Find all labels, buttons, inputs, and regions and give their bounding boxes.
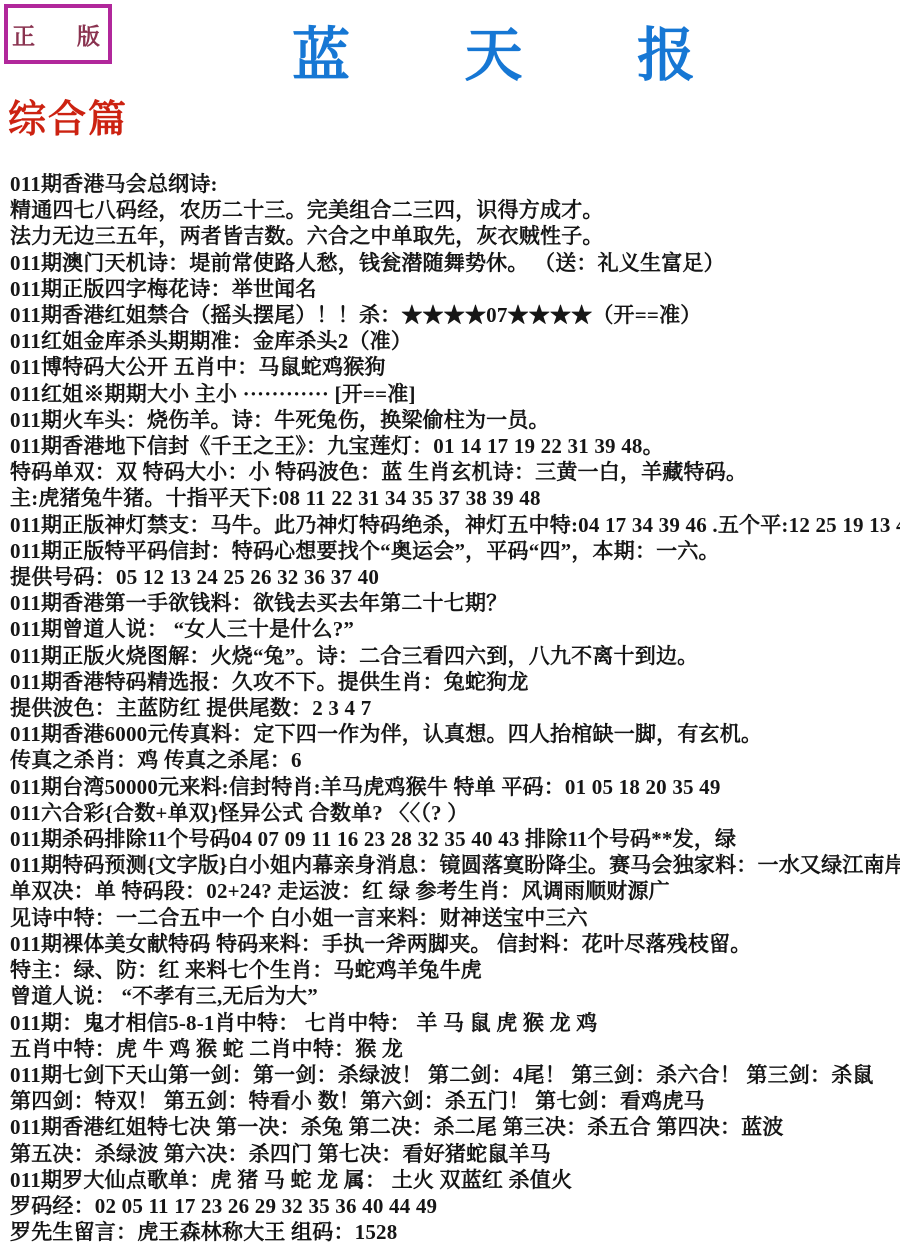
text-line: 011期香港马会总纲诗: (10, 171, 900, 197)
text-line: 011期罗大仙点歌单：虎 猪 马 蛇 龙 属： 土火 双蓝红 杀值火 (10, 1167, 900, 1193)
text-line: 011期特码预测{文字版}白小姐内幕亲身消息：镜圆落寞盼降尘。赛马会独家料：一水… (10, 852, 900, 878)
text-line: 011期香港地下信封《千王之王》：九宝莲灯：01 14 17 19 22 31 … (10, 433, 900, 459)
text-line: 五肖中特：虎 牛 鸡 猴 蛇 二肖中特：猴 龙 (10, 1036, 900, 1062)
text-line: 精通四七八码经，农历二十三。完美组合二三四，识得方成才。 (10, 197, 900, 223)
content-lines: 011期香港马会总纲诗:精通四七八码经，农历二十三。完美组合二三四，识得方成才。… (10, 171, 900, 1243)
text-line: 011红姐金库杀头期期准：金库杀头2（准） (10, 328, 900, 354)
text-line: 011期香港6000元传真料：定下四一作为伴，认真想。四人抬棺缺一脚，有玄机。 (10, 721, 900, 747)
genuine-badge-label: 正 版 (0, 18, 118, 51)
text-line: 011期正版火烧图解：火烧“兔”。诗：二合三看四六到，八九不离十到边。 (10, 643, 900, 669)
text-line: 011博特码大公开 五肖中：马鼠蛇鸡猴狗 (10, 354, 900, 380)
text-line: 011期台湾50000元来料:信封特肖:羊马虎鸡猴牛 特单 平码：01 05 1… (10, 774, 900, 800)
text-line: 法力无边三五年，两者皆吉数。六合之中单取先，灰衣贼性子。 (10, 223, 900, 249)
text-line: 见诗中特：一二合五中一个 白小姐一言来料：财神送宝中三六 (10, 905, 900, 931)
text-line: 提供号码：05 12 13 24 25 26 32 36 37 40 (10, 564, 900, 590)
text-line: 011期正版特平码信封：特码心想要找个“奥运会”，平码“四”，本期：一六。 (10, 538, 900, 564)
text-line: 011期裸体美女献特码 特码来料：手执一斧两脚夹。 信封料：花叶尽落残枝留。 (10, 931, 900, 957)
text-line: 主:虎猪兔牛猪。十指平天下:08 11 22 31 34 35 37 38 39… (10, 485, 900, 511)
text-line: 特码单双：双 特码大小：小 特码波色：蓝 生肖玄机诗：三黄一白，羊藏特码。 (10, 459, 900, 485)
text-line: 第五决：杀绿波 第六决：杀四门 第七决：看好猪蛇鼠羊马 (10, 1141, 900, 1167)
text-line: 011期：鬼才相信5-8-1肖中特： 七肖中特： 羊 马 鼠 虎 猴 龙 鸡 (10, 1010, 900, 1036)
text-line: 011期香港第一手欲钱料：欲钱去买去年第二十七期？ (10, 590, 900, 616)
text-line: 011期曾道人说： “女人三十是什么?” (10, 616, 900, 642)
text-line: 011期香港特码精选报：久攻不下。提供生肖：兔蛇狗龙 (10, 669, 900, 695)
text-line: 011期杀码排除11个号码04 07 09 11 16 23 28 32 35 … (10, 826, 900, 852)
text-line: 011期香港红姐禁合（摇头摆尾）！！杀：★★★★07★★★★（开==准） (10, 302, 900, 328)
text-line: 第四剑：特双！ 第五剑：特看小 数！第六剑：杀五门！ 第七剑：看鸡虎马 (10, 1088, 900, 1114)
section-title: 综合篇 (8, 88, 128, 143)
text-line: 罗先生留言：虎王森林称大王 组码：1528 (10, 1219, 900, 1243)
text-line: 特主：绿、防：红 来料七个生肖：马蛇鸡羊兔牛虎 (10, 957, 900, 983)
text-line: 罗码经：02 05 11 17 23 26 29 32 35 36 40 44 … (10, 1193, 900, 1219)
text-line: 011期正版神灯禁支：马牛。此乃神灯特码绝杀，神灯五中特:04 17 34 39… (10, 512, 900, 538)
text-line: 011期澳门天机诗：堤前常使路人愁，钱瓮潜随舞势休。 （送：礼义生富足） (10, 250, 900, 276)
text-line: 曾道人说： “不孝有三,无后为大” (10, 983, 900, 1009)
paper-title: 蓝 天 报 (292, 8, 745, 92)
text-line: 单双决：单 特码段：02+24? 走运波：红 绿 参考生肖：风调雨顺财源广 (10, 878, 900, 904)
text-line: 011期七剑下天山第一剑：第一剑：杀绿波！ 第二剑：4尾！ 第三剑：杀六合！ 第… (10, 1062, 900, 1088)
text-line: 011期火车头：烧伤羊。诗：牛死兔伤，换梁偷柱为一员。 (10, 407, 900, 433)
text-line: 011期正版四字梅花诗：举世闻名 (10, 276, 900, 302)
genuine-badge: 正 版 (4, 4, 112, 64)
text-line: 传真之杀肖：鸡 传真之杀尾：6 (10, 747, 900, 773)
text-line: 011期香港红姐特七决 第一决：杀兔 第二决：杀二尾 第三决：杀五合 第四决：蓝… (10, 1114, 900, 1140)
text-line: 提供波色：主蓝防红 提供尾数：2 3 4 7 (10, 695, 900, 721)
text-line: 011六合彩{合数+单双}怪异公式 合数单? 〈〈（? ） (10, 800, 900, 826)
text-line: 011红姐※期期大小 主小 ············ [开==准] (10, 381, 900, 407)
